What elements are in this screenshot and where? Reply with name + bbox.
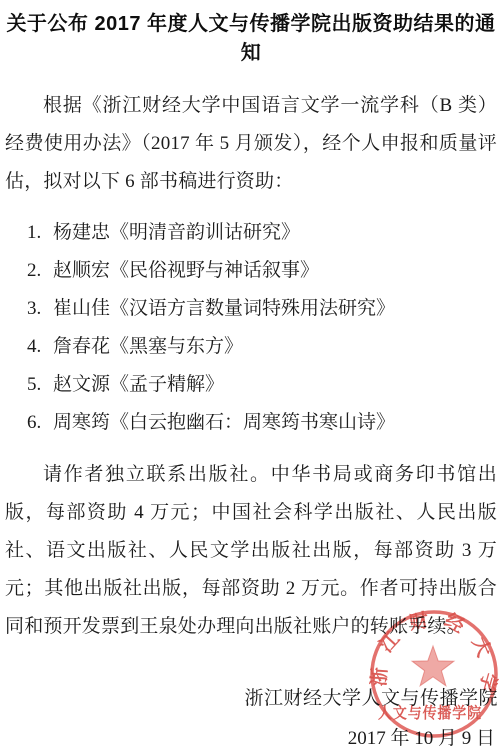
list-item: 4. 詹春花《黑塞与东方》 xyxy=(27,328,497,366)
book-entry: 周寒筠《白云抱幽石：周寒筠书寒山诗》 xyxy=(53,404,497,442)
list-item-number: 4. xyxy=(27,328,53,366)
list-item-number: 2. xyxy=(27,252,53,290)
list-item-number: 5. xyxy=(27,366,53,404)
list-item-number: 6. xyxy=(27,404,53,442)
funded-books-list: 1. 杨建忠《明清音韵训诂研究》 2. 赵顺宏《民俗视野与神话叙事》 3. 崔山… xyxy=(27,214,497,442)
book-entry: 赵顺宏《民俗视野与神话叙事》 xyxy=(53,252,497,290)
list-item: 2. 赵顺宏《民俗视野与神话叙事》 xyxy=(27,252,497,290)
seal-star-icon xyxy=(412,646,454,686)
notice-page: 关于公布 2017 年度人文与传播学院出版资助结果的通知 根据《浙江财经大学中国… xyxy=(0,0,502,752)
document-title: 关于公布 2017 年度人文与传播学院出版资助结果的通知 xyxy=(0,0,502,65)
list-item: 3. 崔山佳《汉语方言数量词特殊用法研究》 xyxy=(27,290,497,328)
intro-paragraph: 根据《浙江财经大学中国语言文学一流学科（B 类）经费使用办法》（2017 年 5… xyxy=(5,87,497,201)
book-entry: 杨建忠《明清音韵训诂研究》 xyxy=(53,214,497,252)
list-item-number: 3. xyxy=(27,290,53,328)
book-entry: 赵文源《孟子精解》 xyxy=(53,366,497,404)
list-item: 5. 赵文源《孟子精解》 xyxy=(27,366,497,404)
book-entry: 崔山佳《汉语方言数量词特殊用法研究》 xyxy=(53,290,497,328)
list-item-number: 1. xyxy=(27,214,53,252)
seal-bottom-text: 人文与传播学院 xyxy=(378,703,482,722)
list-item: 1. 杨建忠《明清音韵训诂研究》 xyxy=(27,214,497,252)
official-seal: 浙江财经大学 人文与传播学院 xyxy=(368,608,502,742)
book-entry: 詹春花《黑塞与东方》 xyxy=(53,328,497,366)
list-item: 6. 周寒筠《白云抱幽石：周寒筠书寒山诗》 xyxy=(27,404,497,442)
